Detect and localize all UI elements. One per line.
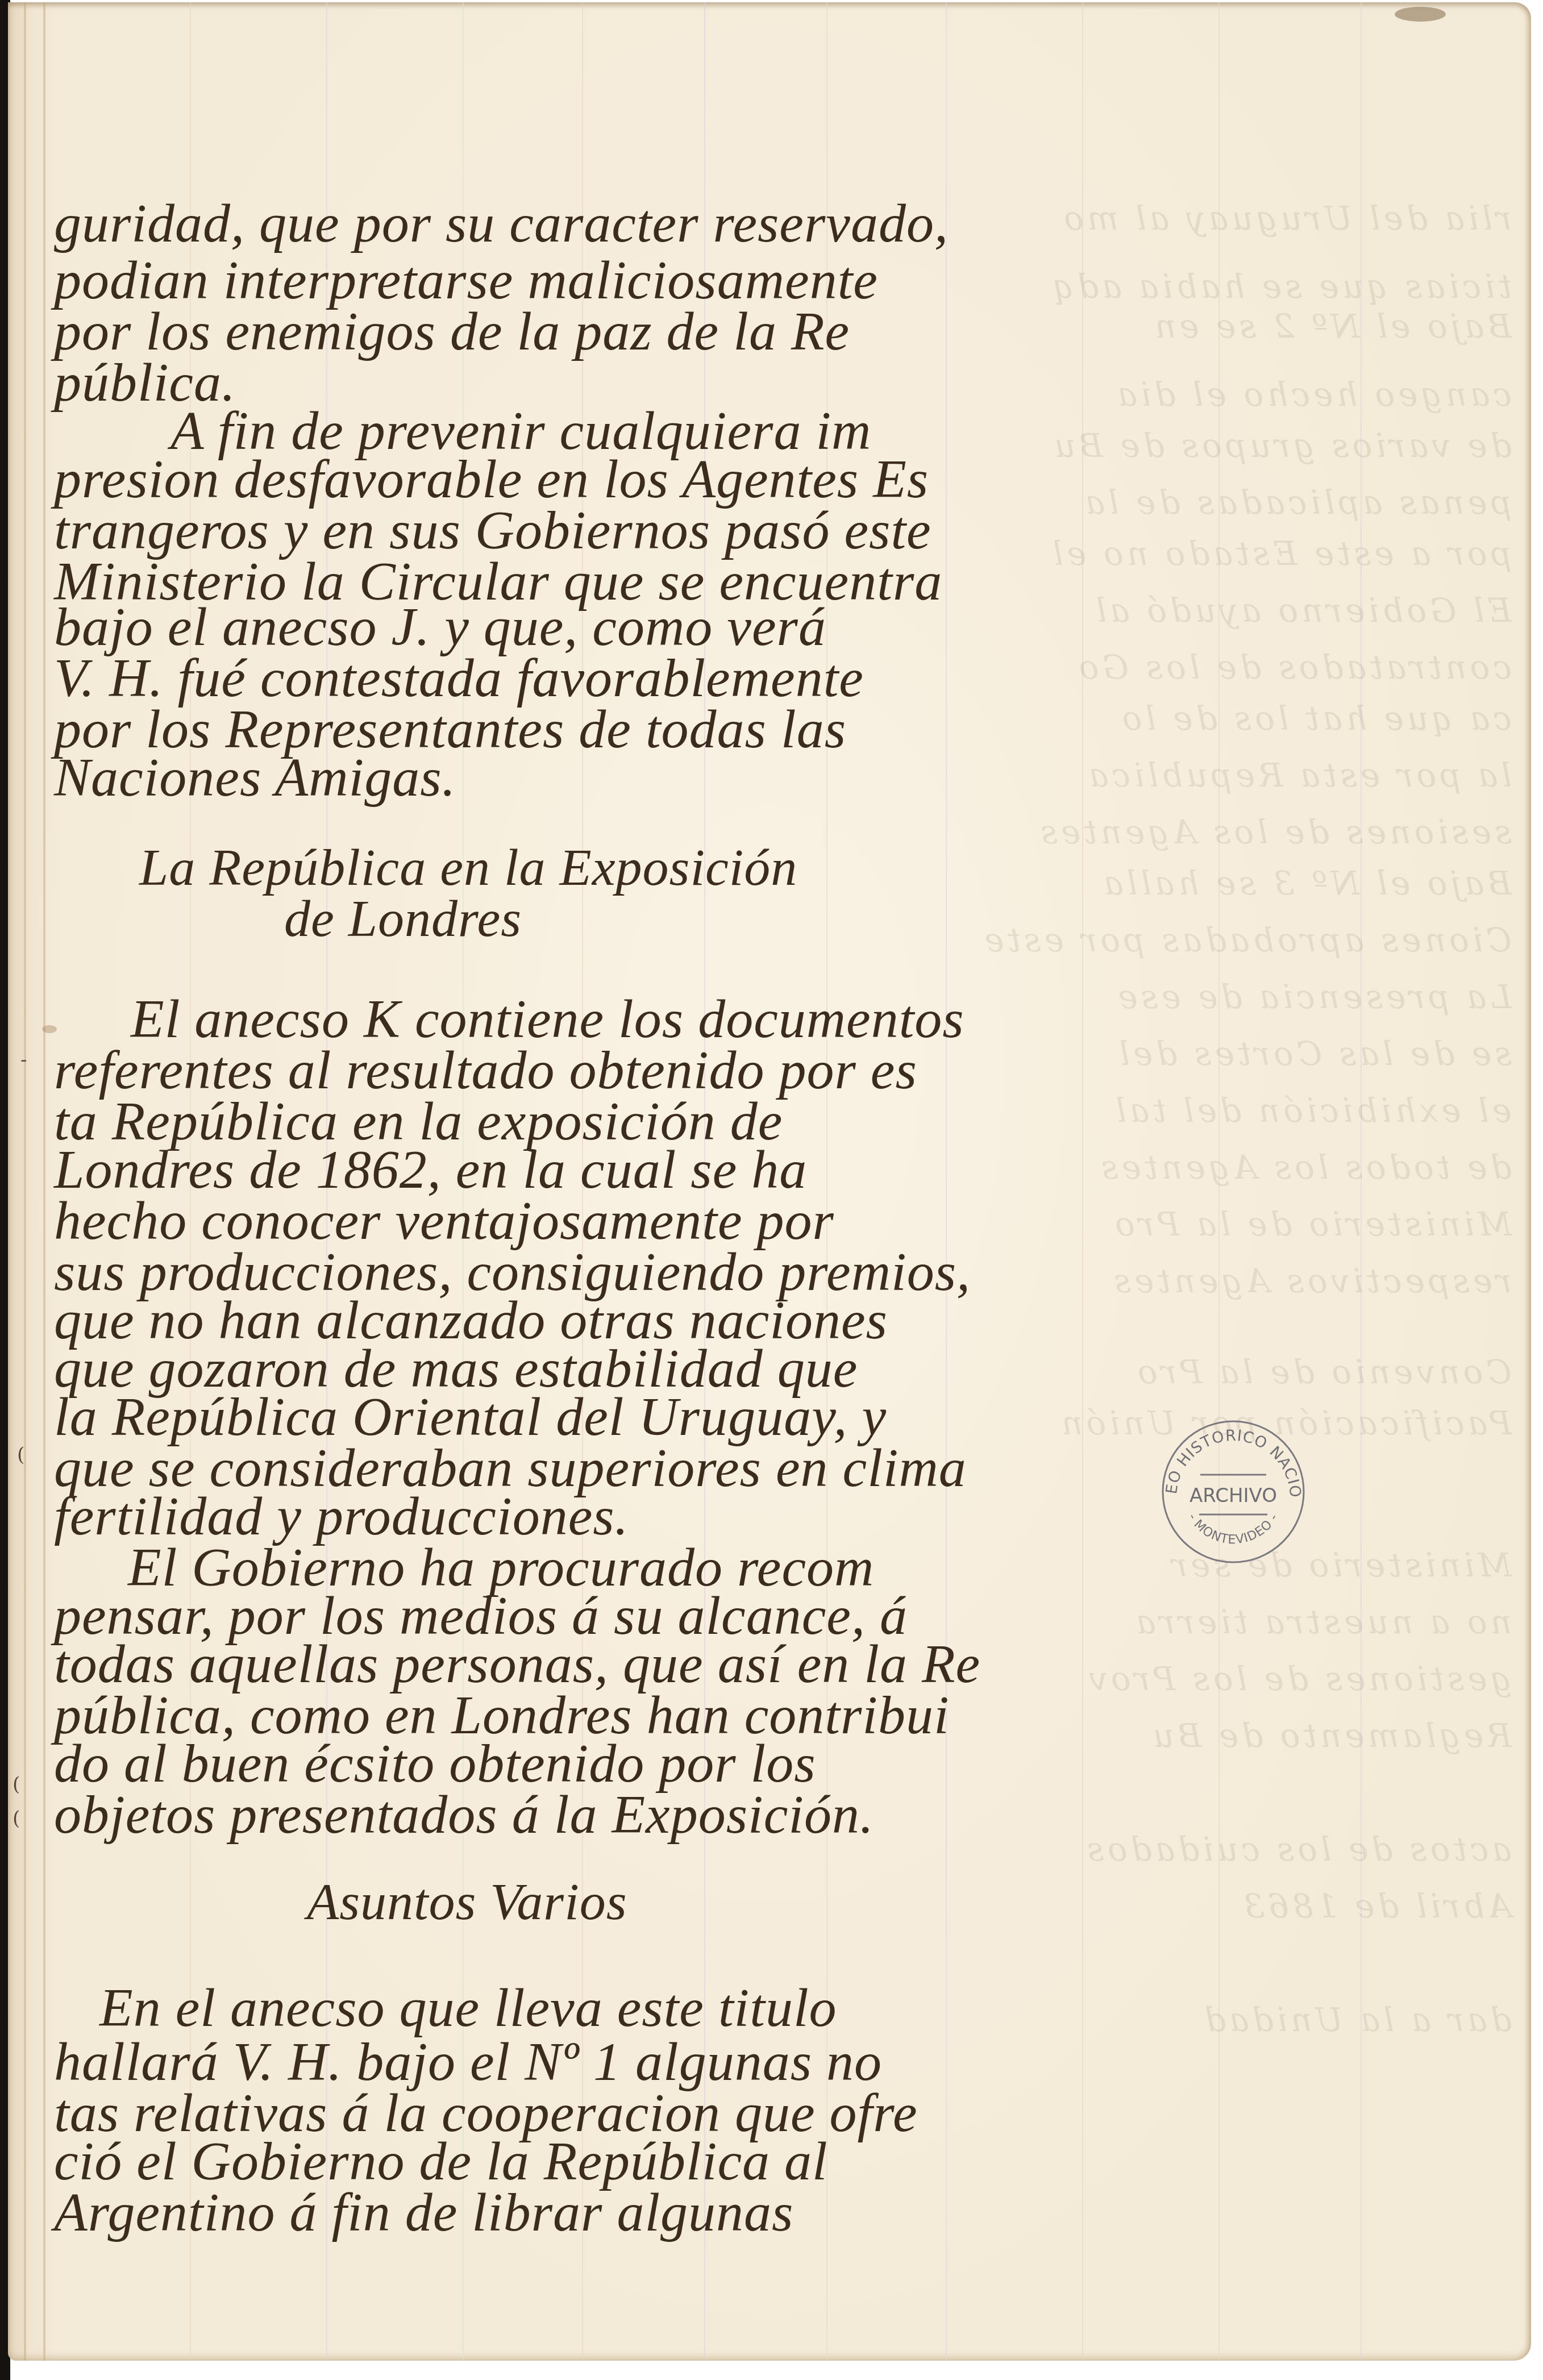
text-line: guridad, que por su caracter reservado, (54, 196, 949, 251)
text-line: V. H. fué contestada favorablemente (54, 651, 864, 705)
margin-mark: ( (13, 1773, 20, 1796)
text-line: Naciones Amigas. (54, 750, 456, 805)
text-line: presion desfavorable en los Agentes Es (54, 452, 929, 506)
text-line: objetos presentados á la Exposición. (54, 1787, 874, 1842)
margin-mark: - (20, 1048, 27, 1071)
text-line: hecho conocer ventajosamente por (54, 1193, 834, 1248)
text-line: trangeros y en sus Gobiernos pasó este (54, 503, 931, 557)
margin-mark: ( (13, 1807, 20, 1830)
text-line: ció el Gobierno de la República al (54, 2134, 828, 2188)
text-line: todas aquellas personas, que así en la R… (54, 1637, 980, 1691)
text-line: hallará V. H. bajo el Nº 1 algunas no (54, 2034, 882, 2089)
text-line: En el anecso que lleva este titulo (99, 1980, 837, 2035)
stamp-seal-icon: MUSEO HISTORICO NACIONAL - MONTEVIDEO - … (1159, 1418, 1307, 1566)
text-line: bajo el anecso J. y que, como verá (54, 600, 826, 654)
margin-mark: ( (17, 1443, 24, 1466)
text-line: do al buen écsito obtenido por los (54, 1736, 816, 1791)
text-line: podian interpretarse maliciosamente (54, 253, 878, 307)
manuscript-text: guridad, que por su caracter reservado, … (0, 0, 1543, 2380)
text-line: por los enemigos de la paz de la Re (54, 304, 850, 359)
archive-stamp: MUSEO HISTORICO NACIONAL - MONTEVIDEO - … (1159, 1418, 1307, 1566)
text-line: la República Oriental del Uruguay, y (54, 1389, 887, 1444)
svg-text:- MONTEVIDEO -: - MONTEVIDEO - (1185, 1511, 1281, 1547)
heading-line: La República en la Exposición (139, 841, 797, 893)
text-line: referentes al resultado obtenido por es (54, 1043, 917, 1097)
text-line: Argentino á fin de librar algunas (54, 2185, 793, 2240)
heading-line: de Londres (284, 892, 522, 944)
stamp-bottom-text: - MONTEVIDEO - (1185, 1511, 1281, 1547)
text-line: El anecso K contiene los documentos (131, 992, 964, 1046)
text-line: Londres de 1862, en la cual se ha (54, 1142, 807, 1197)
heading-line: Asuntos Varios (307, 1875, 627, 1928)
text-line: fertilidad y producciones. (54, 1489, 629, 1543)
stamp-center-text: ARCHIVO (1190, 1484, 1277, 1507)
